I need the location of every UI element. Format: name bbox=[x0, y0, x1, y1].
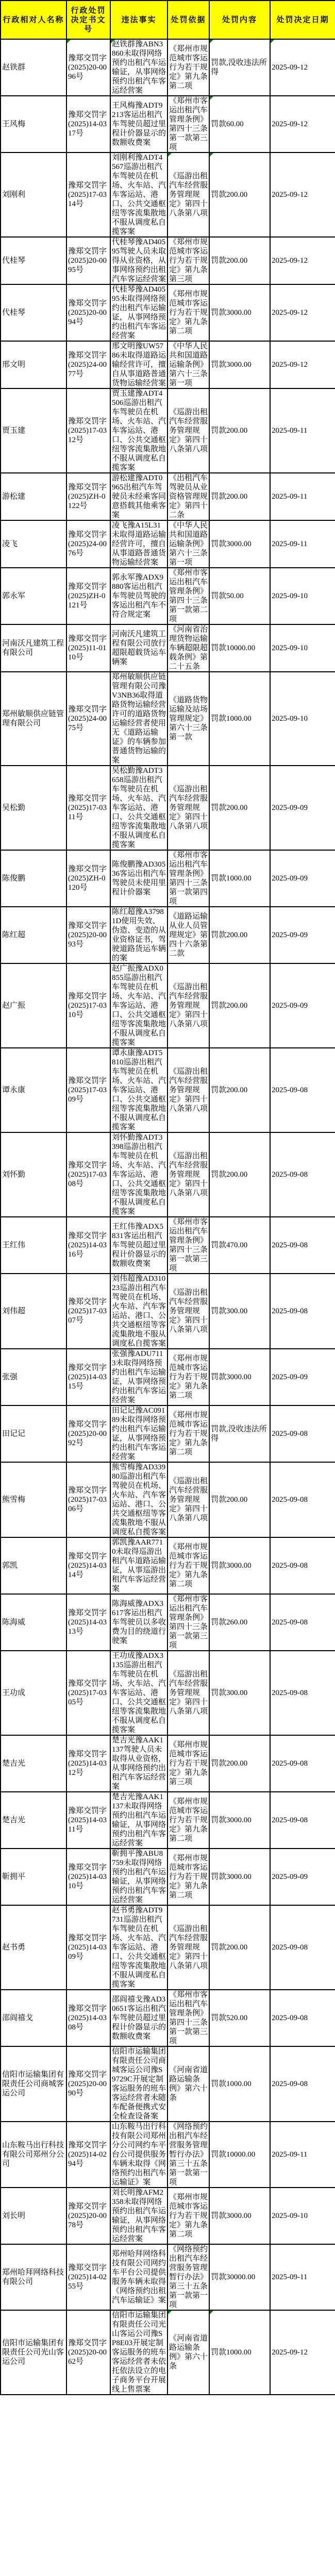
table-row: 刘长明 豫郑交罚字(2025)20-0078号 刘长明豫AFM2358未取得网络… bbox=[1, 2188, 335, 2244]
cell-doc-number: 豫郑交罚字(2025)14-0313号 bbox=[66, 1594, 110, 1651]
cell-penalty-content: 罚款200.00 bbox=[209, 1905, 270, 1990]
column-header-penalty-content: 处罚内容 bbox=[209, 1, 270, 39]
cell-doc-number: 豫郑交罚字(2025)17-0307号 bbox=[66, 1274, 110, 1349]
cell-violation-facts: 代桂琴豫AD40595未取得网络预约出租汽车运输证，从事网络预约出租汽车客运经营… bbox=[110, 284, 167, 341]
cell-decision-date: 2025-09-08 bbox=[270, 1594, 335, 1651]
table-row: 郭凯 豫郑交罚字(2025)14-0314号 郭凯豫AAR7710未取得巡游出租… bbox=[1, 1537, 335, 1594]
cell-flag-marker bbox=[67, 40, 71, 43]
table-row: 赵书勇 豫郑交罚字(2025)14-0309号 赵书勇豫ADT9731巡游出租汽… bbox=[1, 1905, 335, 1990]
cell-name: 熊雪梅 bbox=[1, 1462, 66, 1537]
cell-penalty-basis: 《郑州市客运出租汽车管理条例》第四十三条第一款第三项 bbox=[167, 1990, 209, 2046]
cell-decision-date: 2025-09-10 bbox=[270, 672, 335, 766]
cell-violation-facts: 赵广振豫ADX0855巡游出租汽车驾驶员在机场、火车站、汽车客运站、港口、公共交… bbox=[110, 963, 167, 1048]
cell-decision-date: 2025-09-08 bbox=[270, 1537, 335, 1594]
cell-penalty-basis: 《郑州市规范城市客运行为若干规定》第九条第二项 bbox=[167, 2188, 209, 2244]
table-row: 刘怀勤 豫郑交罚字(2025)17-0308号 刘怀勤豫ADT3398巡游出租汽… bbox=[1, 1132, 335, 1217]
cell-decision-date: 2025-09-08 bbox=[270, 1132, 335, 1217]
table-row: 游松建 豫郑交罚字(2025)ZH-0122号 游松建豫ADT0965出租汽车驾… bbox=[1, 473, 335, 520]
cell-name: 郑州哈拜网络科技有限公司 bbox=[1, 2244, 66, 2310]
table-row: 信阳市运输集团有限责任公司光山客运公司 豫郑交罚字(2025)20-0062号 … bbox=[1, 2310, 335, 2395]
table-row: 陈红超 豫郑交罚字(2025)20-0093号 陈红超豫A37981D使用失效、… bbox=[1, 907, 335, 963]
cell-decision-date: 2025-09-09 bbox=[270, 850, 335, 907]
penalty-table-header: 行政相对人名称 行政处罚决定书文号 违法事实 处罚依据 处罚内容 处罚决定日期 bbox=[1, 1, 335, 39]
cell-penalty-basis: 《郑州市客运出租汽车管理条例》第四十三条第一款第三项 bbox=[167, 1217, 209, 1274]
cell-name: 游松建 bbox=[1, 473, 66, 520]
table-row: 陈海威 豫郑交罚字(2025)14-0313号 陈海威豫ADX3617客运出租汽… bbox=[1, 1594, 335, 1651]
table-row: 郑州哈拜网络科技有限公司 豫郑交罚字(2025)14-0255号 郑州哈拜网络科… bbox=[1, 2244, 335, 2310]
cell-doc-number: 豫郑交罚字(2025)17-0306号 bbox=[66, 1462, 110, 1537]
cell-decision-date: 2025-09-10 bbox=[270, 2188, 335, 2244]
table-row: 邵阎禧戈 豫郑交罚字(2025)14-0308号 邵阎禧戈豫AD30651客运出… bbox=[1, 1990, 335, 2046]
cell-penalty-content: 罚款200.00 bbox=[209, 152, 270, 237]
cell-penalty-basis: 《巡游出租汽车经营服务管理规定》第四十八条第八项 bbox=[167, 1651, 209, 1735]
cell-name: 赵书勇 bbox=[1, 1905, 66, 1990]
table-row: 王风梅 豫郑交罚字(2025)14-0317号 王风梅豫ADT9213客运出租汽… bbox=[1, 96, 335, 152]
cell-penalty-basis: 《巡游出租汽车经营服务管理规定》第四十八条第八项 bbox=[167, 152, 209, 237]
cell-decision-date: 2025-09-08 bbox=[270, 1462, 335, 1537]
cell-name: 赵铁群 bbox=[1, 39, 66, 96]
cell-penalty-basis: 《巡游出租汽车经营服务管理规定》第四十八条第八项 bbox=[167, 1462, 209, 1537]
cell-violation-facts: 刘伟超豫AD31023巡游出租汽车驾驶员在机场、火车站、汽车客运站、港口、公共交… bbox=[110, 1274, 167, 1349]
cell-penalty-basis: 《河南省治理货物运输车辆超限超载条例》第二十五条 bbox=[167, 624, 209, 672]
cell-decision-date: 2025-09-12 bbox=[270, 152, 335, 237]
table-row: 贾玉建 豫郑交罚字(2025)17-0312号 贾玉建豫ADT4506巡游出租汽… bbox=[1, 388, 335, 473]
penalty-table-body: 赵铁群 豫郑交罚字(2025)20-0096号 赵铁群豫ABN3860未取得网络… bbox=[1, 39, 335, 2395]
cell-decision-date: 2025-09-08 bbox=[270, 1048, 335, 1132]
cell-doc-number: 豫郑交罚字(2025)17-0308号 bbox=[66, 1132, 110, 1217]
cell-penalty-content: 罚款200.00 bbox=[209, 237, 270, 284]
cell-flag-marker bbox=[111, 40, 114, 43]
cell-violation-facts: 王风梅豫ADT9213客运出租汽车驾驶员超过里程计价器显示的数额收费案 bbox=[110, 96, 167, 152]
cell-name: 楚吉光 bbox=[1, 1792, 66, 1849]
cell-violation-facts: 赵书勇豫ADT9731巡游出租汽车驾驶员在机场、火车站、汽车客运站、港口、公共交… bbox=[110, 1905, 167, 1990]
cell-name: 刘怀勤 bbox=[1, 1132, 66, 1217]
cell-violation-facts: 郑州哈拜网络科技有限公司网约车平台公司提供服务车辆未取得《网络预约出租汽车运输证… bbox=[110, 2244, 167, 2310]
cell-decision-date: 2025-09-08 bbox=[270, 1735, 335, 1792]
table-row: 代桂琴 豫郑交罚字(2025)20-0095号 代桂琴豫AD40595驾驶人员未… bbox=[1, 237, 335, 284]
cell-doc-number: 豫郑交罚字(2025)24-0076号 bbox=[66, 520, 110, 568]
cell-doc-number: 豫郑交罚字(2025)14-0255号 bbox=[66, 2244, 110, 2310]
cell-penalty-content: 罚款3000.00 bbox=[209, 341, 270, 388]
cell-penalty-content: 罚款1000.00 bbox=[209, 2310, 270, 2395]
cell-penalty-content: 罚款200.00 bbox=[209, 1462, 270, 1537]
cell-penalty-content: 罚款30000.00 bbox=[209, 2244, 270, 2310]
cell-penalty-basis: 《河南省道路运输条例》第六十条 bbox=[167, 2310, 209, 2395]
cell-doc-number: 豫郑交罚字(2025)14-0317号 bbox=[66, 96, 110, 152]
cell-decision-date: 2025-09-09 bbox=[270, 1349, 335, 1405]
cell-name: 刘刚利 bbox=[1, 152, 66, 237]
cell-name: 田记记 bbox=[1, 1405, 66, 1462]
cell-decision-date: 2025-09-08 bbox=[270, 1905, 335, 1990]
cell-violation-facts: 刘长明豫AFM2358未取得网络预约出租汽车运输证，从事网络预约出租汽车客运经营… bbox=[110, 2188, 167, 2244]
cell-penalty-content: 罚款200.00 bbox=[209, 766, 270, 850]
cell-decision-date: 2025-09-12 bbox=[270, 341, 335, 388]
cell-decision-date: 2025-09-09 bbox=[270, 963, 335, 1048]
cell-penalty-basis: 《道路货物运输及站场管理规定》第六十三条第一款 bbox=[167, 672, 209, 766]
cell-penalty-basis: 《郑州市客运出租汽车管理条例》第四十三条第一款第二项 bbox=[167, 568, 209, 624]
cell-flag-marker bbox=[210, 153, 213, 157]
table-row: 田记记 豫郑交罚字(2025)20-0092号 田记记豫AC09189未取得网络… bbox=[1, 1405, 335, 1462]
cell-violation-facts: 贾玉建豫ADT4506巡游出租汽车驾驶员在机场、火车站、汽车客运站、港口、公共交… bbox=[110, 388, 167, 473]
cell-doc-number: 豫郑交罚字(2025)24-0075号 bbox=[66, 672, 110, 766]
cell-name: 代桂琴 bbox=[1, 284, 66, 341]
cell-violation-facts: 郭凯豫AAR7710未取得巡游出租汽车道路运输证，从事巡游出租汽车客运经营案 bbox=[110, 1537, 167, 1594]
cell-violation-facts: 楚吉光豫AAK1137未取得网络预约出租汽车运输证，从事网络预约出租汽车客运经营… bbox=[110, 1792, 167, 1849]
cell-penalty-content: 罚款10000.00 bbox=[209, 2122, 270, 2188]
cell-flag-marker bbox=[210, 2311, 213, 2314]
cell-penalty-content: 罚款1000.00 bbox=[209, 672, 270, 766]
cell-penalty-basis: 《郑州市规范城市客运行为若干规定》第九条第二项 bbox=[167, 1792, 209, 1849]
cell-penalty-content: 罚款200.00 bbox=[209, 907, 270, 963]
cell-penalty-basis: 《巡游出租汽车经营服务管理规定》第四十八条第八项 bbox=[167, 1905, 209, 1990]
cell-penalty-basis: 《巡游出租汽车经营服务管理规定》第四十八条第八项 bbox=[167, 963, 209, 1048]
table-row: 王功成 豫郑交罚字(2025)17-0305号 王功成豫ADX3135巡游出租汽… bbox=[1, 1651, 335, 1735]
cell-name: 凌飞 bbox=[1, 520, 66, 568]
cell-name: 赵广振 bbox=[1, 963, 66, 1048]
cell-violation-facts: 谭永康豫ADT5810巡游出租汽车驾驶员在机场、火车站、汽车客运站、港口、公共交… bbox=[110, 1048, 167, 1132]
cell-penalty-content: 罚款200.00 bbox=[209, 963, 270, 1048]
cell-name: 王红伟 bbox=[1, 1217, 66, 1274]
cell-flag-marker bbox=[168, 2311, 172, 2314]
cell-penalty-basis: 《郑州市规范城市客运行为若干规定》第九条第三项 bbox=[167, 1735, 209, 1792]
cell-doc-number: 豫郑交罚字(2025)14-0294号 bbox=[66, 2122, 110, 2188]
cell-penalty-basis: 《巡游出租汽车经营服务管理规定》第四十八条第八项 bbox=[167, 388, 209, 473]
cell-name: 王功成 bbox=[1, 1651, 66, 1735]
table-row: 张强 豫郑交罚字(2025)14-0315号 张强豫ADU7113未取得网络预约… bbox=[1, 1349, 335, 1405]
cell-name: 郑州敏顺供应链管理有限公司 bbox=[1, 672, 66, 766]
table-row: 赵广振 豫郑交罚字(2025)17-0310号 赵广振豫ADX0855巡游出租汽… bbox=[1, 963, 335, 1048]
cell-name: 刘长明 bbox=[1, 2188, 66, 2244]
cell-violation-facts: 邢文明豫UW5786未取得道路运输经营许可，擅自从事道路普通货物运输经营案 bbox=[110, 341, 167, 388]
table-row: 赵铁群 豫郑交罚字(2025)20-0096号 赵铁群豫ABN3860未取得网络… bbox=[1, 39, 335, 96]
table-row: 郑州敏顺供应链管理有限公司 豫郑交罚字(2025)24-0075号 郑州敏顺供应… bbox=[1, 672, 335, 766]
cell-name: 陈红超 bbox=[1, 907, 66, 963]
cell-penalty-basis: 《郑州市规范城市客运行为若干规定》第九条第二项 bbox=[167, 1537, 209, 1594]
cell-penalty-content: 罚款3000.00 bbox=[209, 520, 270, 568]
cell-doc-number: 豫郑交罚字(2025)ZH-0121号 bbox=[66, 568, 110, 624]
cell-violation-facts: 陈俊鹏豫AD30536客运出租汽车驾驶员未使用里程计价器案 bbox=[110, 850, 167, 907]
cell-decision-date: 2025-09-10 bbox=[270, 624, 335, 672]
table-row: 郭永军 豫郑交罚字(2025)ZH-0121号 郭永军豫ADX9880客运出租汽… bbox=[1, 568, 335, 624]
table-row: 吴松勤 豫郑交罚字(2025)17-0311号 吴松勤豫ADT3658巡游出租汽… bbox=[1, 766, 335, 850]
cell-doc-number: 豫郑交罚字(2025)14-0310号 bbox=[66, 1849, 110, 1905]
cell-decision-date: 2025-09-11 bbox=[270, 2244, 335, 2310]
cell-penalty-content: 罚款3000.00 bbox=[209, 1792, 270, 1849]
cell-doc-number: 豫郑交罚字(2025)20-0096号 bbox=[66, 39, 110, 96]
cell-decision-date: 2025-09-08 bbox=[270, 1405, 335, 1462]
cell-penalty-content: 罚款3000.00 bbox=[209, 1537, 270, 1594]
column-header-doc-number: 行政处罚决定书文号 bbox=[66, 1, 110, 39]
cell-name: 楚吉光 bbox=[1, 1735, 66, 1792]
cell-penalty-basis: 《郑州市规范城市客运行为若干规定》第九条第二项 bbox=[167, 39, 209, 96]
cell-doc-number: 豫郑交罚字(2025)14-0315号 bbox=[66, 1349, 110, 1405]
cell-violation-facts: 信阳市运输集团有限责任公司光山客运公司豫SP8E03开展定制客运服务的班车客运经… bbox=[110, 2310, 167, 2395]
cell-decision-date: 2025-09-11 bbox=[270, 388, 335, 473]
cell-penalty-content: 罚款,没收违法所得 bbox=[209, 1405, 270, 1462]
cell-violation-facts: 赵铁群豫ABN3860未取得网络预约出租汽车运输证，从事网络预约出租汽车客运经营… bbox=[110, 39, 167, 96]
cell-violation-facts: 郑州敏顺供应链管理有限公司豫V3NB36取得道路货物运输经营许可的道路货物运输经… bbox=[110, 672, 167, 766]
cell-decision-date: 2025-09-09 bbox=[270, 1849, 335, 1905]
cell-penalty-basis: 《出租汽车驾驶员从业资格管理规定》第四十二条 bbox=[167, 473, 209, 520]
cell-penalty-basis: 《郑州市客运出租汽车管理条例》第四十三条第一款第三项 bbox=[167, 96, 209, 152]
cell-decision-date: 2025-09-12 bbox=[270, 237, 335, 284]
cell-name: 王风梅 bbox=[1, 96, 66, 152]
cell-penalty-content: 罚款200.00 bbox=[209, 1048, 270, 1132]
column-header-decision-date: 处罚决定日期 bbox=[270, 1, 335, 39]
cell-penalty-content: 罚款1000.00 bbox=[209, 2046, 270, 2122]
cell-penalty-content: 罚款3000.00 bbox=[209, 284, 270, 341]
cell-doc-number: 豫郑交罚字(2025)ZH-0120号 bbox=[66, 850, 110, 907]
cell-decision-date: 2025-09-12 bbox=[270, 96, 335, 152]
cell-decision-date: 2025-09-12 bbox=[270, 39, 335, 96]
cell-penalty-content: 罚款10000.00 bbox=[209, 624, 270, 672]
cell-penalty-content: 罚款520.00 bbox=[209, 1990, 270, 2046]
cell-flag-marker bbox=[271, 40, 274, 43]
cell-violation-facts: 吴松勤豫ADT3658巡游出租汽车驾驶员在机场、火车站、汽车客运站、港口、公共交… bbox=[110, 766, 167, 850]
cell-penalty-content: 罚款200.00 bbox=[209, 388, 270, 473]
cell-penalty-basis: 《郑州市规范城市客运行为若干规定》第九条第三项 bbox=[167, 237, 209, 284]
table-row: 王红伟 豫郑交罚字(2025)14-0316号 王红伟豫ADX5831客运出租汽… bbox=[1, 1217, 335, 1274]
cell-penalty-content: 罚款3000.00 bbox=[209, 1849, 270, 1905]
cell-violation-facts: 河南沃凡建筑工程有限公司放行超限超载货运车辆案 bbox=[110, 624, 167, 672]
column-header-name: 行政相对人名称 bbox=[1, 1, 66, 39]
cell-penalty-basis: 《巡游出租汽车经营服务管理规定》第四十八条第八项 bbox=[167, 1274, 209, 1349]
cell-violation-facts: 代桂琴豫AD40595驾驶人员未取得从业资格，从事网络预约出租汽车客运经营案 bbox=[110, 237, 167, 284]
cell-name: 邢文明 bbox=[1, 341, 66, 388]
cell-decision-date: 2025-09-08 bbox=[270, 1217, 335, 1274]
cell-name: 代桂琴 bbox=[1, 237, 66, 284]
cell-decision-date: 2025-09-10 bbox=[270, 568, 335, 624]
cell-decision-date: 2025-09-08 bbox=[270, 2046, 335, 2122]
table-row: 凌飞 豫郑交罚字(2025)24-0076号 凌飞豫A15L31未取得道路运输经… bbox=[1, 520, 335, 568]
cell-penalty-basis: 《巡游出租汽车经营服务管理规定》第四十八条第八项 bbox=[167, 1132, 209, 1217]
cell-penalty-basis: 《河南省道路运输条例》第六十条 bbox=[167, 2046, 209, 2122]
cell-violation-facts: 王红伟豫ADX5831客运出租汽车驾驶员超过里程计价器显示的数额收费案 bbox=[110, 1217, 167, 1274]
cell-flag-marker bbox=[210, 96, 213, 100]
cell-doc-number: 豫郑交罚字(2025)14-0314号 bbox=[66, 1537, 110, 1594]
cell-doc-number: 豫郑交罚字(2025)17-0311号 bbox=[66, 766, 110, 850]
cell-name: 邵阎禧戈 bbox=[1, 1990, 66, 2046]
cell-penalty-content: 罚款60.00 bbox=[209, 96, 270, 152]
cell-doc-number: 豫郑交罚字(2025)14-0311号 bbox=[66, 1792, 110, 1849]
cell-doc-number: 豫郑交罚字(2025)20-0093号 bbox=[66, 907, 110, 963]
cell-name: 郭永军 bbox=[1, 568, 66, 624]
cell-penalty-content: 罚款200.00 bbox=[209, 1735, 270, 1792]
cell-violation-facts: 信阳市运输集团有限责任公司商城客运公司豫S9729C开展定制客运服务的班车客运经… bbox=[110, 2046, 167, 2122]
cell-doc-number: 豫郑交罚字(2025)20-0062号 bbox=[66, 2310, 110, 2395]
cell-penalty-basis: 《中华人民共和国道路运输条例》第六十三条第一项 bbox=[167, 520, 209, 568]
column-header-violation-facts: 违法事实 bbox=[110, 1, 167, 39]
cell-decision-date: 2025-09-11 bbox=[270, 520, 335, 568]
table-row: 河南沃凡建筑工程有限公司 豫郑交罚字(2025)11-0110号 河南沃凡建筑工… bbox=[1, 624, 335, 672]
cell-decision-date: 2025-09-11 bbox=[270, 473, 335, 520]
cell-name: 谭永康 bbox=[1, 1048, 66, 1132]
cell-violation-facts: 田记记豫AC09189未取得网络预约出租汽车运输证，从事网络预约出租汽车客运经营… bbox=[110, 1405, 167, 1462]
cell-violation-facts: 邵阎禧戈豫AD30651客运出租汽车驾驶员超过里程计价器显示的数额收费案 bbox=[110, 1990, 167, 2046]
cell-name: 靳拥平 bbox=[1, 1849, 66, 1905]
cell-doc-number: 豫郑交罚字(2025)17-0309号 bbox=[66, 1048, 110, 1132]
cell-doc-number: 豫郑交罚字(2025)ZH-0122号 bbox=[66, 473, 110, 520]
cell-violation-facts: 张强豫ADU7113未取得网络预约出租汽车运输证，从事网络预约出租汽车客运经营案 bbox=[110, 1349, 167, 1405]
cell-penalty-basis: 《网络预约出租汽车经营服务管理暂行办法》第三十五条第一款第一项 bbox=[167, 2122, 209, 2188]
cell-doc-number: 豫郑交罚字(2025)20-0095号 bbox=[66, 237, 110, 284]
cell-penalty-content: 罚款260.00 bbox=[209, 1594, 270, 1651]
cell-doc-number: 豫郑交罚字(2025)20-0092号 bbox=[66, 1405, 110, 1462]
cell-violation-facts: 山东鞍马出行科技有限公司郑州分公司网约车平台公司提供服务车辆未取得《网络预约出租… bbox=[110, 2122, 167, 2188]
cell-penalty-basis: 《郑州市规范城市客运行为若干规定》第九条第二项 bbox=[167, 284, 209, 341]
cell-name: 陈海威 bbox=[1, 1594, 66, 1651]
cell-violation-facts: 王功成豫ADX3135巡游出租汽车驾驶员在机场、火车站、汽车客运站、港口、公共交… bbox=[110, 1651, 167, 1735]
cell-violation-facts: 刘怀勤豫ADT3398巡游出租汽车驾驶员在机场、火车站、汽车客运站、港口、公共交… bbox=[110, 1132, 167, 1217]
table-row: 楚吉光 豫郑交罚字(2025)14-0312号 楚吉光豫AAK1137驾驶人员未… bbox=[1, 1735, 335, 1792]
cell-penalty-content: 罚款,没收违法所得 bbox=[209, 39, 270, 96]
cell-doc-number: 豫郑交罚字(2025)17-0310号 bbox=[66, 963, 110, 1048]
cell-decision-date: 2025-09-09 bbox=[270, 766, 335, 850]
cell-penalty-content: 罚款300.00 bbox=[209, 1651, 270, 1735]
cell-decision-date: 2025-09-08 bbox=[270, 1651, 335, 1735]
cell-violation-facts: 游松建豫ADT0965出租汽车驾驶员未经乘客同意搭载其他乘客案 bbox=[110, 473, 167, 520]
cell-doc-number: 豫郑交罚字(2025)17-0314号 bbox=[66, 152, 110, 237]
cell-penalty-content: 罚款50.00 bbox=[209, 568, 270, 624]
cell-penalty-basis: 《道路运输从业人员管理规定》第四十六条第二款 bbox=[167, 907, 209, 963]
cell-penalty-basis: 《中华人民共和国道路运输条例》第六十三条第一项 bbox=[167, 341, 209, 388]
cell-penalty-basis: 《网络预约出租汽车经营服务管理暂行办法》第三十五条第一款第一项 bbox=[167, 2244, 209, 2310]
cell-name: 张强 bbox=[1, 1349, 66, 1405]
cell-name: 信阳市运输集团有限责任公司光山客运公司 bbox=[1, 2310, 66, 2395]
cell-penalty-content: 罚款300.00 bbox=[209, 1274, 270, 1349]
cell-doc-number: 豫郑交罚字(2025)14-0312号 bbox=[66, 1735, 110, 1792]
cell-doc-number: 豫郑交罚字(2025)24-0077号 bbox=[66, 341, 110, 388]
column-header-penalty-basis: 处罚依据 bbox=[167, 1, 209, 39]
cell-decision-date: 2025-09-11 bbox=[270, 2122, 335, 2188]
cell-decision-date: 2025-09-12 bbox=[270, 284, 335, 341]
table-row: 刘伟超 豫郑交罚字(2025)17-0307号 刘伟超豫AD31023巡游出租汽… bbox=[1, 1274, 335, 1349]
cell-name: 陈俊鹏 bbox=[1, 850, 66, 907]
cell-penalty-basis: 《郑州市规范城市客运行为若干规定》第九条第二项 bbox=[167, 1405, 209, 1462]
cell-name: 郭凯 bbox=[1, 1537, 66, 1594]
cell-doc-number: 豫郑交罚字(2025)20-0078号 bbox=[66, 2188, 110, 2244]
cell-penalty-basis: 《郑州市规范城市客运行为若干规定》第九条第二项 bbox=[167, 1349, 209, 1405]
cell-violation-facts: 楚吉光豫AAK1137驾驶人员未取得从业资格，从事网络预约出租汽车客运经营案 bbox=[110, 1735, 167, 1792]
cell-name: 山东鞍马出行科技有限公司郑州分公司 bbox=[1, 2122, 66, 2188]
table-row: 楚吉光 豫郑交罚字(2025)14-0311号 楚吉光豫AAK1137未取得网络… bbox=[1, 1792, 335, 1849]
cell-penalty-content: 罚款200.00 bbox=[209, 473, 270, 520]
cell-doc-number: 豫郑交罚字(2025)20-0090号 bbox=[66, 2046, 110, 2122]
cell-flag-marker bbox=[168, 153, 172, 157]
table-row: 谭永康 豫郑交罚字(2025)17-0309号 谭永康豫ADT5810巡游出租汽… bbox=[1, 1048, 335, 1132]
cell-violation-facts: 陈红超豫A37981D使用失效、伪造、变造的从业资格证书，驾驶道路货运车辆的案 bbox=[110, 907, 167, 963]
cell-penalty-basis: 《巡游出租汽车经营服务管理规定》第四十八条第八项 bbox=[167, 1048, 209, 1132]
cell-penalty-content: 罚款1000.00 bbox=[209, 850, 270, 907]
cell-name: 刘伟超 bbox=[1, 1274, 66, 1349]
table-row: 靳拥平 豫郑交罚字(2025)14-0310号 靳拥平豫ABU8759未取得网络… bbox=[1, 1849, 335, 1905]
table-row: 信阳市运输集团有限责任公司商城客运公司 豫郑交罚字(2025)20-0090号 … bbox=[1, 2046, 335, 2122]
cell-penalty-content: 罚款3000.00 bbox=[209, 1349, 270, 1405]
cell-violation-facts: 陈海威豫ADX3617客运出租汽车驾驶员以多收费为目的绕道行驶案 bbox=[110, 1594, 167, 1651]
cell-penalty-content: 罚款3000.00 bbox=[209, 2188, 270, 2244]
table-row: 刘刚利 豫郑交罚字(2025)17-0314号 刘刚利豫ADT4567巡游出租汽… bbox=[1, 152, 335, 237]
cell-name: 信阳市运输集团有限责任公司商城客运公司 bbox=[1, 2046, 66, 2122]
cell-doc-number: 豫郑交罚字(2025)14-0308号 bbox=[66, 1990, 110, 2046]
cell-doc-number: 豫郑交罚字(2025)17-0305号 bbox=[66, 1651, 110, 1735]
cell-violation-facts: 靳拥平豫ABU8759未取得网络预约出租汽车运输证，从事网络预约出租汽车客运经营… bbox=[110, 1849, 167, 1905]
cell-name: 贾玉建 bbox=[1, 388, 66, 473]
cell-violation-facts: 凌飞豫A15L31未取得道路运输经营许可，擅自从事道路普通货物运输经营案 bbox=[110, 520, 167, 568]
table-row: 邢文明 豫郑交罚字(2025)24-0077号 邢文明豫UW5786未取得道路运… bbox=[1, 341, 335, 388]
table-row: 熊雪梅 豫郑交罚字(2025)17-0306号 熊雪梅豫AD33980巡游出租汽… bbox=[1, 1462, 335, 1537]
cell-doc-number: 豫郑交罚字(2025)14-0316号 bbox=[66, 1217, 110, 1274]
cell-doc-number: 豫郑交罚字(2025)11-0110号 bbox=[66, 624, 110, 672]
cell-penalty-basis: 《郑州市规范城市客运行为若干规定》第九条第二项 bbox=[167, 1849, 209, 1905]
table-row: 山东鞍马出行科技有限公司郑州分公司 豫郑交罚字(2025)14-0294号 山东… bbox=[1, 2122, 335, 2188]
cell-name: 河南沃凡建筑工程有限公司 bbox=[1, 624, 66, 672]
cell-doc-number: 豫郑交罚字(2025)14-0309号 bbox=[66, 1905, 110, 1990]
cell-decision-date: 2025-09-12 bbox=[270, 2310, 335, 2395]
table-row: 代桂琴 豫郑交罚字(2025)20-0094号 代桂琴豫AD40595未取得网络… bbox=[1, 284, 335, 341]
penalty-table: 行政相对人名称 行政处罚决定书文号 违法事实 处罚依据 处罚内容 处罚决定日期 … bbox=[0, 0, 335, 2395]
cell-flag-marker bbox=[210, 40, 213, 43]
cell-doc-number: 豫郑交罚字(2025)17-0312号 bbox=[66, 388, 110, 473]
header-row: 行政相对人名称 行政处罚决定书文号 违法事实 处罚依据 处罚内容 处罚决定日期 bbox=[1, 1, 335, 39]
cell-decision-date: 2025-09-09 bbox=[270, 907, 335, 963]
table-row: 陈俊鹏 豫郑交罚字(2025)ZH-0120号 陈俊鹏豫AD30536客运出租汽… bbox=[1, 850, 335, 907]
cell-violation-facts: 刘刚利豫ADT4567巡游出租汽车驾驶员在机场、火车站、汽车客运站、港口、公共交… bbox=[110, 152, 167, 237]
cell-penalty-basis: 《巡游出租汽车经营服务管理规定》第四十八条第八项 bbox=[167, 766, 209, 850]
cell-doc-number: 豫郑交罚字(2025)20-0094号 bbox=[66, 284, 110, 341]
cell-violation-facts: 郭永军豫ADX9880客运出租汽车驾驶员驾驶的客运出租汽车不符合规定案 bbox=[110, 568, 167, 624]
cell-decision-date: 2025-09-08 bbox=[270, 1792, 335, 1849]
cell-name: 吴松勤 bbox=[1, 766, 66, 850]
cell-penalty-content: 罚款200.00 bbox=[209, 1132, 270, 1217]
cell-decision-date: 2025-09-08 bbox=[270, 1990, 335, 2046]
cell-penalty-basis: 《郑州市客运出租汽车管理条例》第四十三条第一款第四项 bbox=[167, 850, 209, 907]
cell-violation-facts: 熊雪梅豫AD33980巡游出租汽车驾驶员在机场、火车站、汽车客运站、港口、公共交… bbox=[110, 1462, 167, 1537]
cell-penalty-basis: 《郑州市客运出租汽车管理条例》第四十三条第一款第三项 bbox=[167, 1594, 209, 1651]
cell-penalty-content: 罚款470.00 bbox=[209, 1217, 270, 1274]
cell-decision-date: 2025-09-08 bbox=[270, 1274, 335, 1349]
